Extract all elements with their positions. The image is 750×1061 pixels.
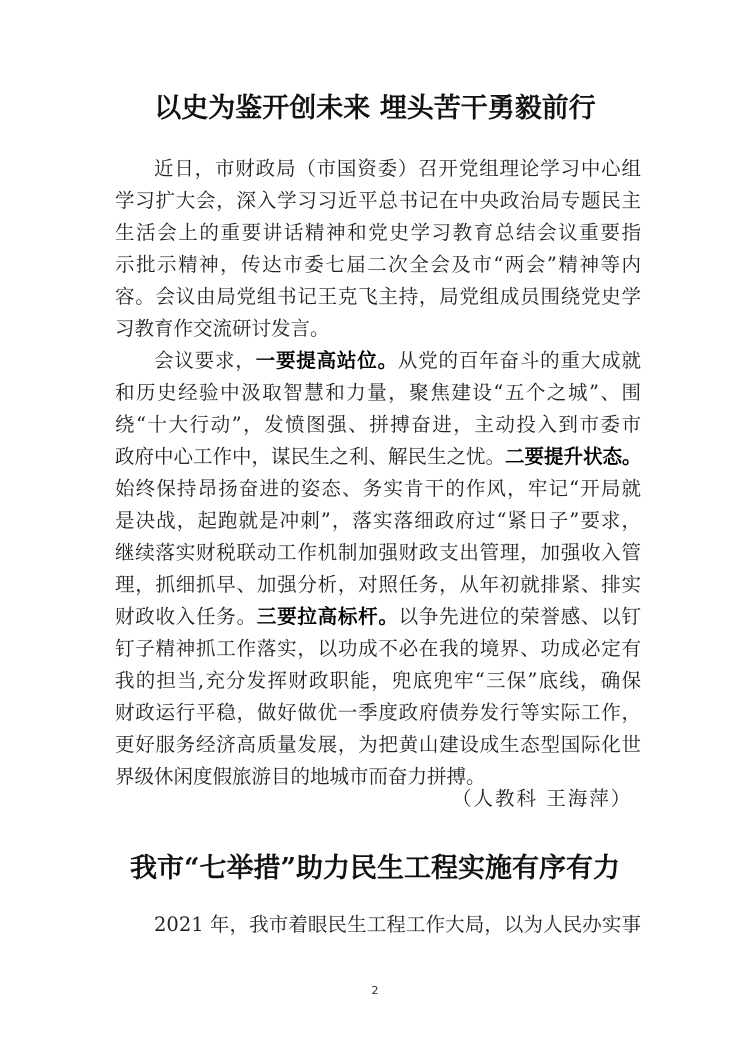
text-line: 2021 年，我市着眼民生工程工作大局，以为人民办实事 [115, 909, 641, 941]
text-line: 我的担当,充分发挥财政职能，兜底兜牢“三保”底线，确保 [115, 665, 641, 697]
text-line: 和历史经验中汲取智慧和力量，聚焦建设“五个之城”、围 [115, 377, 641, 409]
text-line: 近日，市财政局（市国资委）召开党组理论学习中心组 [115, 153, 641, 185]
text-line: 学习扩大会，深入学习习近平总书记在中央政治局专题民主 [115, 185, 641, 217]
bold-point-3: 三要拉高标杆。 [257, 605, 399, 628]
article-1-paragraph-2: 会议要求，一要提高站位。从党的百年奋斗的重大成就 和历史经验中汲取智慧和力量，聚… [115, 345, 641, 793]
bold-point-2: 二要提升状态。 [505, 445, 642, 468]
text-line: 容。会议由局党组书记王克飞主持，局党组成员围绕党史学 [115, 281, 641, 313]
text-run: 财政收入任务。 [115, 605, 257, 628]
article-1-title: 以史为鉴开创未来 埋头苦干勇毅前行 [0, 86, 750, 125]
text-run: 政府中心工作中，谋民生之利、解民生之忧。 [115, 445, 505, 468]
text-line: 示批示精神，传达市委七届二次全会及市“两会”精神等内 [115, 249, 641, 281]
text-run: 会议要求， [154, 349, 256, 372]
text-line: 始终保持昂扬奋进的姿态、务实肯干的作风，牢记“开局就 [115, 473, 641, 505]
article-2-title: 我市“七举措”助力民生工程实施有序有力 [0, 846, 750, 885]
text-line: 是决战，起跑就是冲刺”，落实落细政府过“紧日子”要求， [115, 505, 641, 537]
text-line: 更好服务经济高质量发展，为把黄山建设成生态型国际化世 [115, 729, 641, 761]
document-page: 以史为鉴开创未来 埋头苦干勇毅前行 近日，市财政局（市国资委）召开党组理论学习中… [0, 0, 750, 1061]
text-line: 理，抓细抓早、加强分析，对照任务，从年初就排紧、排实 [115, 569, 641, 601]
article-2-paragraph-1: 2021 年，我市着眼民生工程工作大局，以为人民办实事 [115, 909, 641, 941]
text-line: 生活会上的重要讲话精神和党史学习教育总结会议重要指 [115, 217, 641, 249]
text-line: 习教育作交流研讨发言。 [115, 313, 641, 345]
text-line: 绕“十大行动”，发愤图强、拼搏奋进，主动投入到市委市 [115, 409, 641, 441]
text-line: 政府中心工作中，谋民生之利、解民生之忧。二要提升状态。 [115, 441, 641, 473]
page-number: 2 [0, 984, 750, 997]
text-line: 继续落实财税联动工作机制加强财政支出管理，加强收入管 [115, 537, 641, 569]
article-1-signature: （人教科 王海萍） [452, 783, 632, 811]
text-line: 财政收入任务。三要拉高标杆。以争先进位的荣誉感、以钉 [115, 601, 641, 633]
text-run: 以争先进位的荣誉感、以钉 [399, 605, 641, 628]
text-line: 财政运行平稳，做好做优一季度政府债券发行等实际工作， [115, 697, 641, 729]
bold-point-1: 一要提高站位。 [256, 349, 398, 372]
text-line: 钉子精神抓工作落实，以功成不必在我的境界、功成必定有 [115, 633, 641, 665]
text-line: 会议要求，一要提高站位。从党的百年奋斗的重大成就 [115, 345, 641, 377]
text-run: 从党的百年奋斗的重大成就 [398, 349, 641, 372]
article-1-paragraph-1: 近日，市财政局（市国资委）召开党组理论学习中心组 学习扩大会，深入学习习近平总书… [115, 153, 641, 345]
